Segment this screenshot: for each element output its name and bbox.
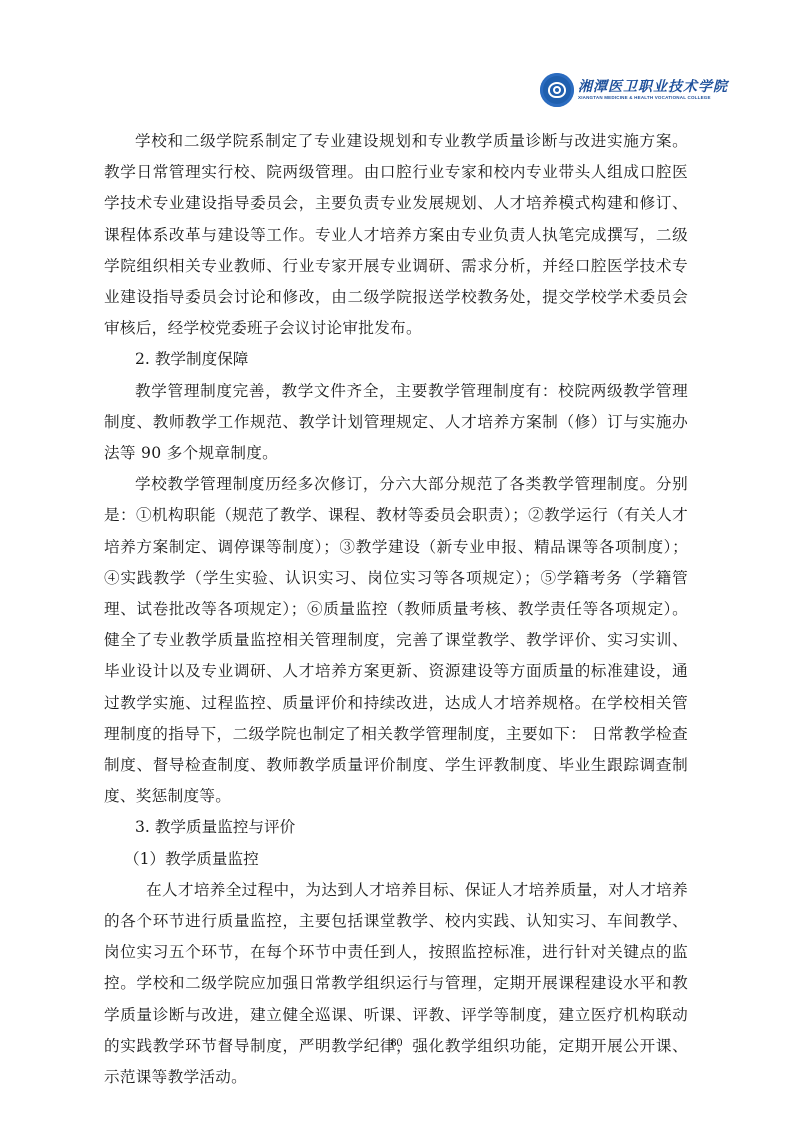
heading-quality-monitoring: 3. 教学质量监控与评价 — [104, 812, 688, 843]
college-emblem-icon — [540, 73, 574, 107]
paragraph-management-system: 教学管理制度完善，教学文件齐全，主要教学管理制度有：校院两级教学管理制度、教师教… — [104, 376, 688, 470]
page-number: 80 — [0, 1035, 793, 1050]
paragraph-specialty-planning: 学校和二级学院系制定了专业建设规划和专业教学质量诊断与改进实施方案。教学日常管理… — [104, 126, 688, 344]
document-body: 学校和二级学院系制定了专业建设规划和专业教学质量诊断与改进实施方案。教学日常管理… — [104, 126, 688, 1093]
logo-name-cn: 湘潭医卫职业技术学院 — [578, 79, 728, 95]
subheading-teaching-quality-monitoring: （1）教学质量监控 — [104, 844, 688, 875]
paragraph-system-revisions: 学校教学管理制度历经多次修订，分六大部分规范了各类教学管理制度。分别是：①机构职… — [104, 469, 688, 812]
paragraph-quality-monitoring: 在人才培养全过程中，为达到人才培养目标、保证人才培养质量，对人才培养的各个环节进… — [104, 875, 688, 1093]
header-logo: 湘潭医卫职业技术学院 XIANGTAN MEDICINE & HEALTH VO… — [540, 73, 728, 107]
heading-teaching-system: 2. 教学制度保障 — [104, 344, 688, 375]
logo-name-en: XIANGTAN MEDICINE & HEALTH VOCATIONAL CO… — [578, 95, 728, 101]
logo-text: 湘潭医卫职业技术学院 XIANGTAN MEDICINE & HEALTH VO… — [578, 79, 728, 101]
